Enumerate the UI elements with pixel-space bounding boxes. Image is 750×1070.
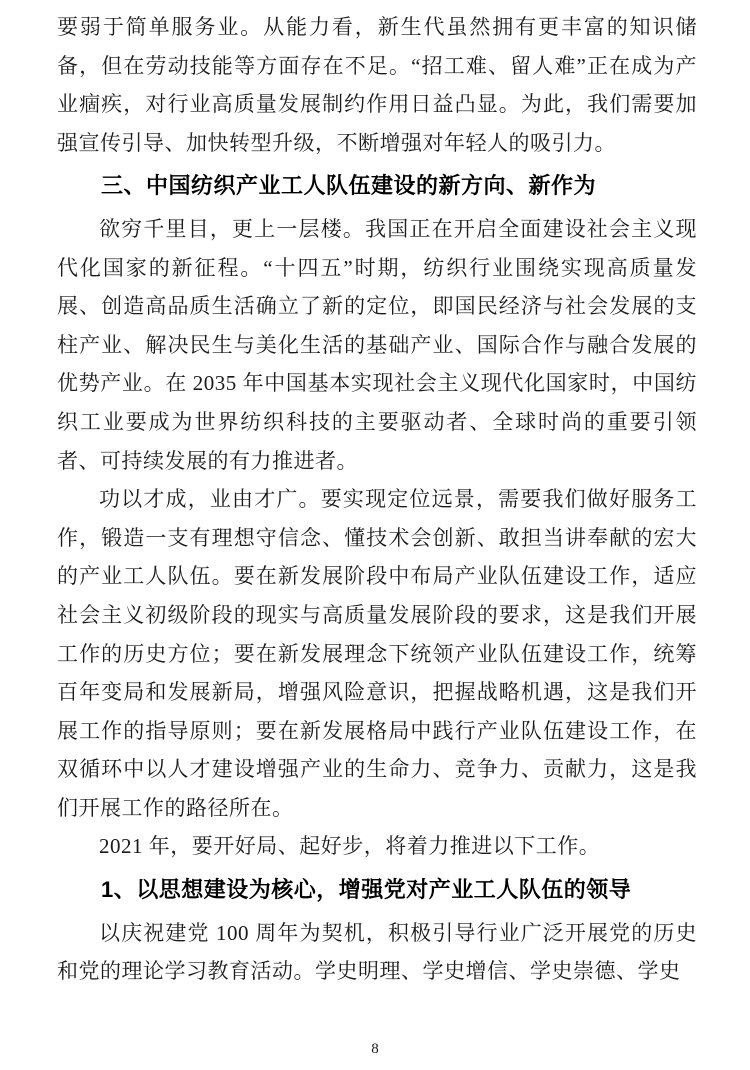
paragraph-party-education: 以庆祝建党 100 周年为契机，积极引导行业广泛开展党的历史和党的理论学习教育活… (57, 914, 697, 991)
paragraph-talent-service: 功以才成，业由才广。要实现定位远景，需要我们做好服务工作，锻造一支有理想守信念、… (57, 480, 697, 827)
section-heading: 三、中国纺织产业工人队伍建设的新方向、新作为 (57, 167, 697, 206)
document-page: 要弱于简单服务业。从能力看，新生代虽然拥有更丰富的知识储备，但在劳动技能等方面存… (0, 0, 750, 1070)
document-body: 要弱于简单服务业。从能力看，新生代虽然拥有更丰富的知识储备，但在劳动技能等方面存… (57, 8, 697, 991)
paragraph-2021-plan: 2021 年，要开好局、起好步，将着力推进以下工作。 (57, 827, 697, 866)
paragraph-continuation: 要弱于简单服务业。从能力看，新生代虽然拥有更丰富的知识储备，但在劳动技能等方面存… (57, 8, 697, 162)
paragraph-new-positioning: 欲穷千里目，更上一层楼。我国正在开启全面建设社会主义现代化国家的新征程。“十四五… (57, 210, 697, 480)
page-number: 8 (0, 1041, 750, 1058)
subsection-heading: 1、以思想建设为核心，增强党对产业工人队伍的领导 (57, 871, 697, 910)
